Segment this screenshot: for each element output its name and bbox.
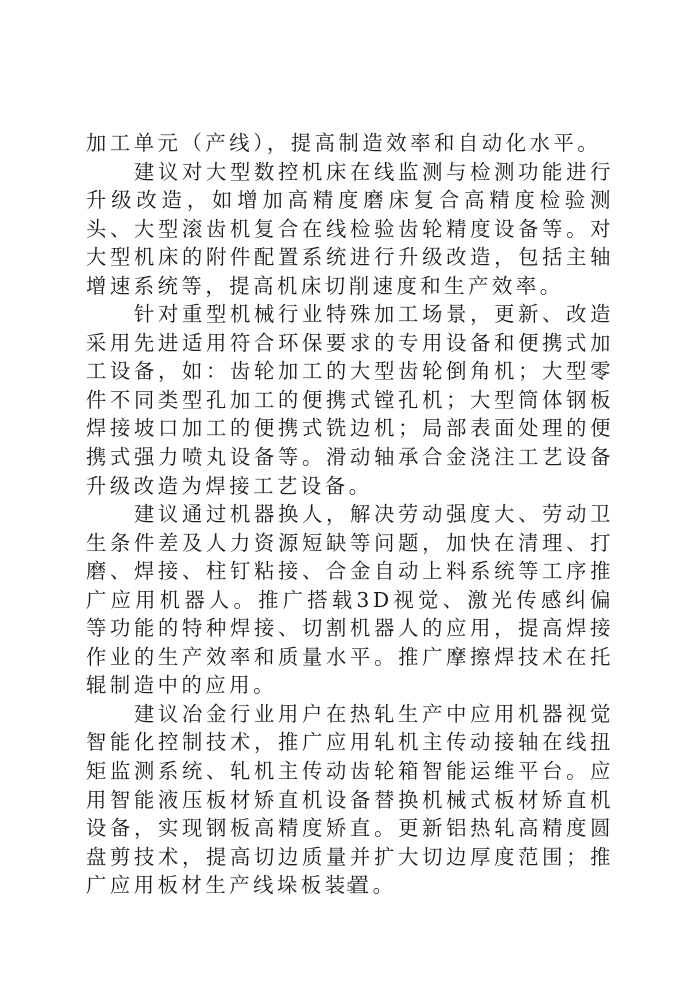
paragraph-5: 建议冶金行业用户在热轧生产中应用机器视觉智能化控制技术，推广应用轧机主传动接轴在… [86, 700, 614, 900]
paragraph-3: 针对重型机械行业特殊加工场景，更新、改造采用先进适用符合环保要求的专用设备和便携… [86, 300, 614, 500]
page-number: 5 [0, 879, 700, 895]
body-text: 加工单元（产线），提高制造效率和自动化水平。 建议对大型数控机床在线监测与检测功… [86, 129, 614, 900]
paragraph-2: 建议对大型数控机床在线监测与检测功能进行升级改造，如增加高精度磨床复合高精度检验… [86, 158, 614, 301]
paragraph-1: 加工单元（产线），提高制造效率和自动化水平。 [86, 129, 614, 158]
document-page: 加工单元（产线），提高制造效率和自动化水平。 建议对大型数控机床在线监测与检测功… [0, 0, 700, 989]
paragraph-4: 建议通过机器换人，解决劳动强度大、劳动卫生条件差及人力资源短缺等问题，加快在清理… [86, 500, 614, 700]
